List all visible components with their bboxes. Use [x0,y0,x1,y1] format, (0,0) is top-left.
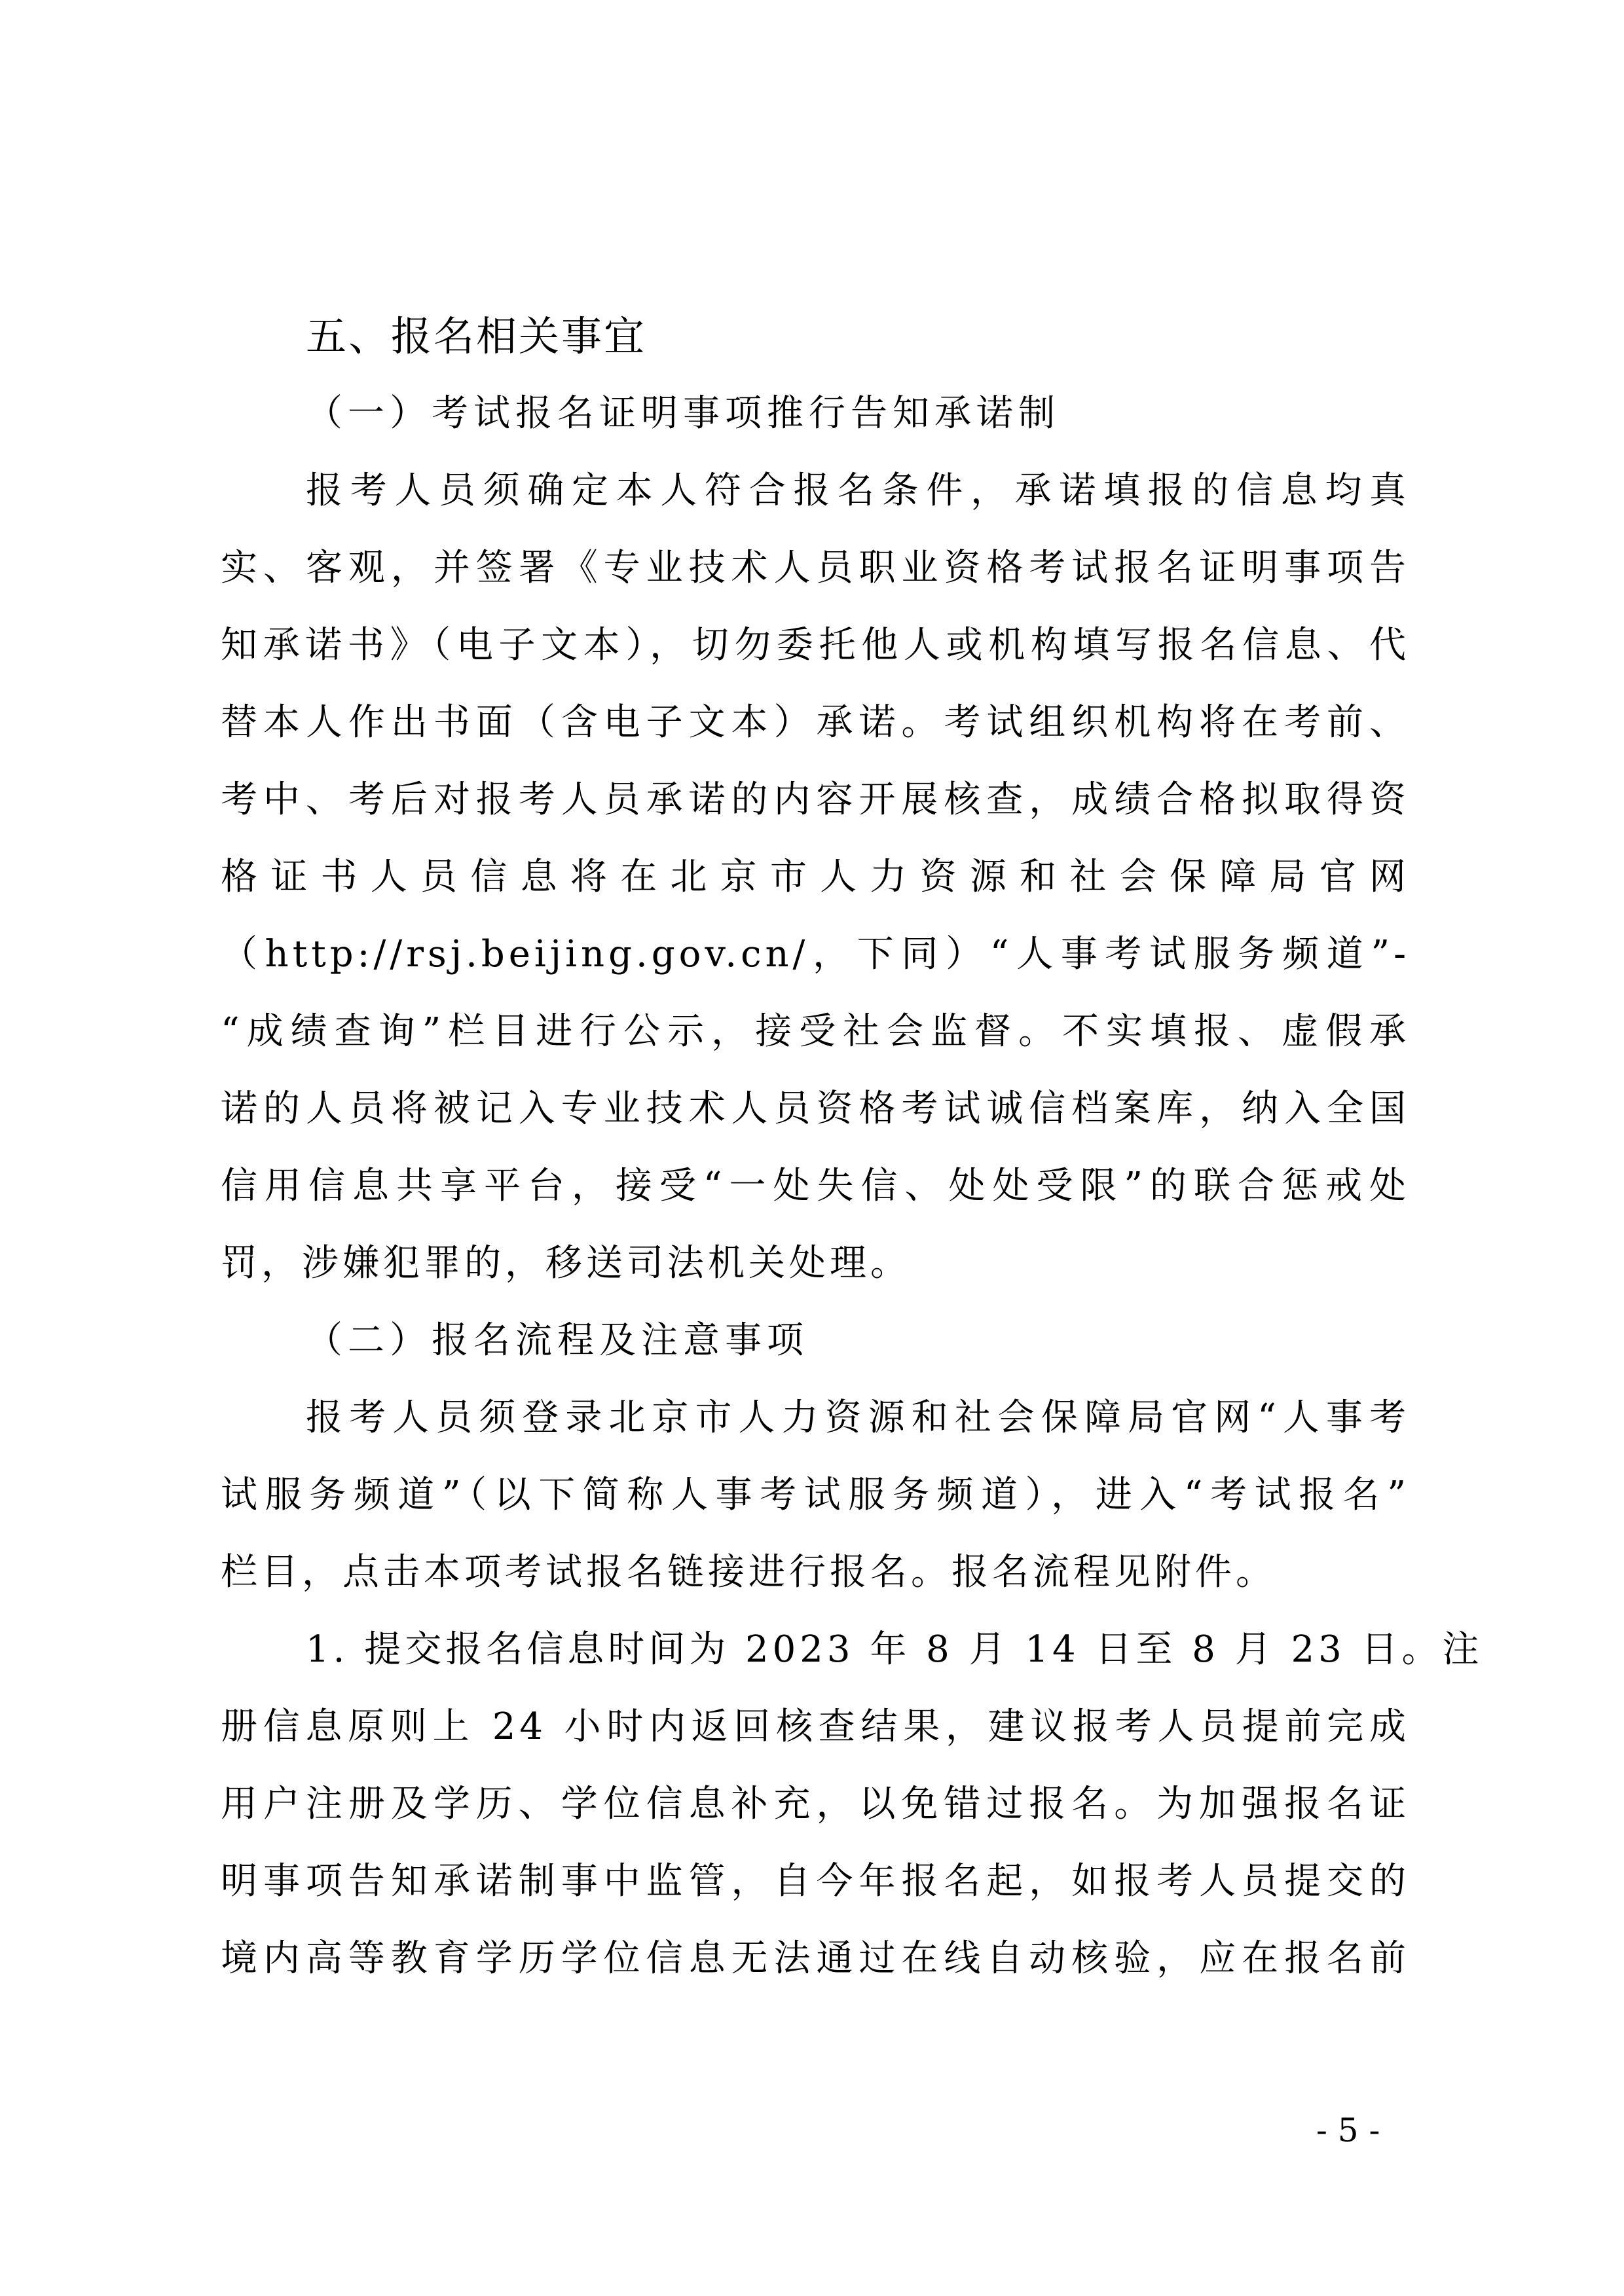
text-line: 考中、考后对报考人员承诺的内容开展核查，成绩合格拟取得资 [221,761,1410,839]
page-number: - 5 - [1316,2111,1380,2149]
text-line: 册信息原则上 24 小时内返回核查结果，建议报考人员提前完成 [221,1688,1410,1766]
text-line: 用户注册及学历、学位信息补充，以免错过报名。为加强报名证 [221,1766,1410,1843]
text-line: 格证书人员信息将在北京市人力资源和社会保障局官网 [221,839,1410,916]
text-line: 诺的人员将被记入专业技术人员资格考试诚信档案库，纳入全国 [221,1070,1410,1148]
text-line: 报考人员须登录北京市人力资源和社会保障局官网“人事考 [221,1379,1410,1457]
subsection-heading-1: （一）考试报名证明事项推行告知承诺制 [221,375,1410,452]
text-line: 境内高等教育学历学位信息无法通过在线自动核验，应在报名前 [221,1920,1410,1997]
paragraph-commitment: 报考人员须确定本人符合报名条件，承诺填报的信息均真 实、客观，并签署《专业技术人… [221,452,1410,1302]
subsection-heading-2: （二）报名流程及注意事项 [221,1302,1410,1379]
document-page: 五、报名相关事宜 （一）考试报名证明事项推行告知承诺制 报考人员须确定本人符合报… [0,0,1624,2296]
text-line: 实、客观，并签署《专业技术人员职业资格考试报名证明事项告 [221,530,1410,607]
text-line: 1. 提交报名信息时间为 2023 年 8 月 14 日至 8 月 23 日。注 [221,1611,1410,1688]
text-line: 信用信息共享平台，接受“一处失信、处处受限”的联合惩戒处 [221,1148,1410,1225]
text-line: 报考人员须确定本人符合报名条件，承诺填报的信息均真 [221,452,1410,530]
text-line: 明事项告知承诺制事中监管，自今年报名起，如报考人员提交的 [221,1843,1410,1920]
text-line: 栏目，点击本项考试报名链接进行报名。报名流程见附件。 [221,1534,1410,1611]
paragraph-item-1: 1. 提交报名信息时间为 2023 年 8 月 14 日至 8 月 23 日。注… [221,1611,1410,1997]
text-line: “成绩查询”栏目进行公示，接受社会监督。不实填报、虚假承 [221,993,1410,1070]
text-line: 替本人作出书面（含电子文本）承诺。考试组织机构将在考前、 [221,684,1410,761]
paragraph-registration-login: 报考人员须登录北京市人力资源和社会保障局官网“人事考 试服务频道”（以下简称人事… [221,1379,1410,1611]
document-body: 五、报名相关事宜 （一）考试报名证明事项推行告知承诺制 报考人员须确定本人符合报… [221,298,1410,1997]
text-line: 知承诺书》（电子文本），切勿委托他人或机构填写报名信息、代 [221,607,1410,684]
text-line-with-url: （http://rsj.beijing.gov.cn/，下同）“人事考试服务频道… [221,916,1410,993]
text-line: 罚，涉嫌犯罪的，移送司法机关处理。 [221,1225,1410,1302]
section-heading: 五、报名相关事宜 [221,298,1410,375]
text-line: 试服务频道”（以下简称人事考试服务频道），进入“考试报名” [221,1457,1410,1534]
